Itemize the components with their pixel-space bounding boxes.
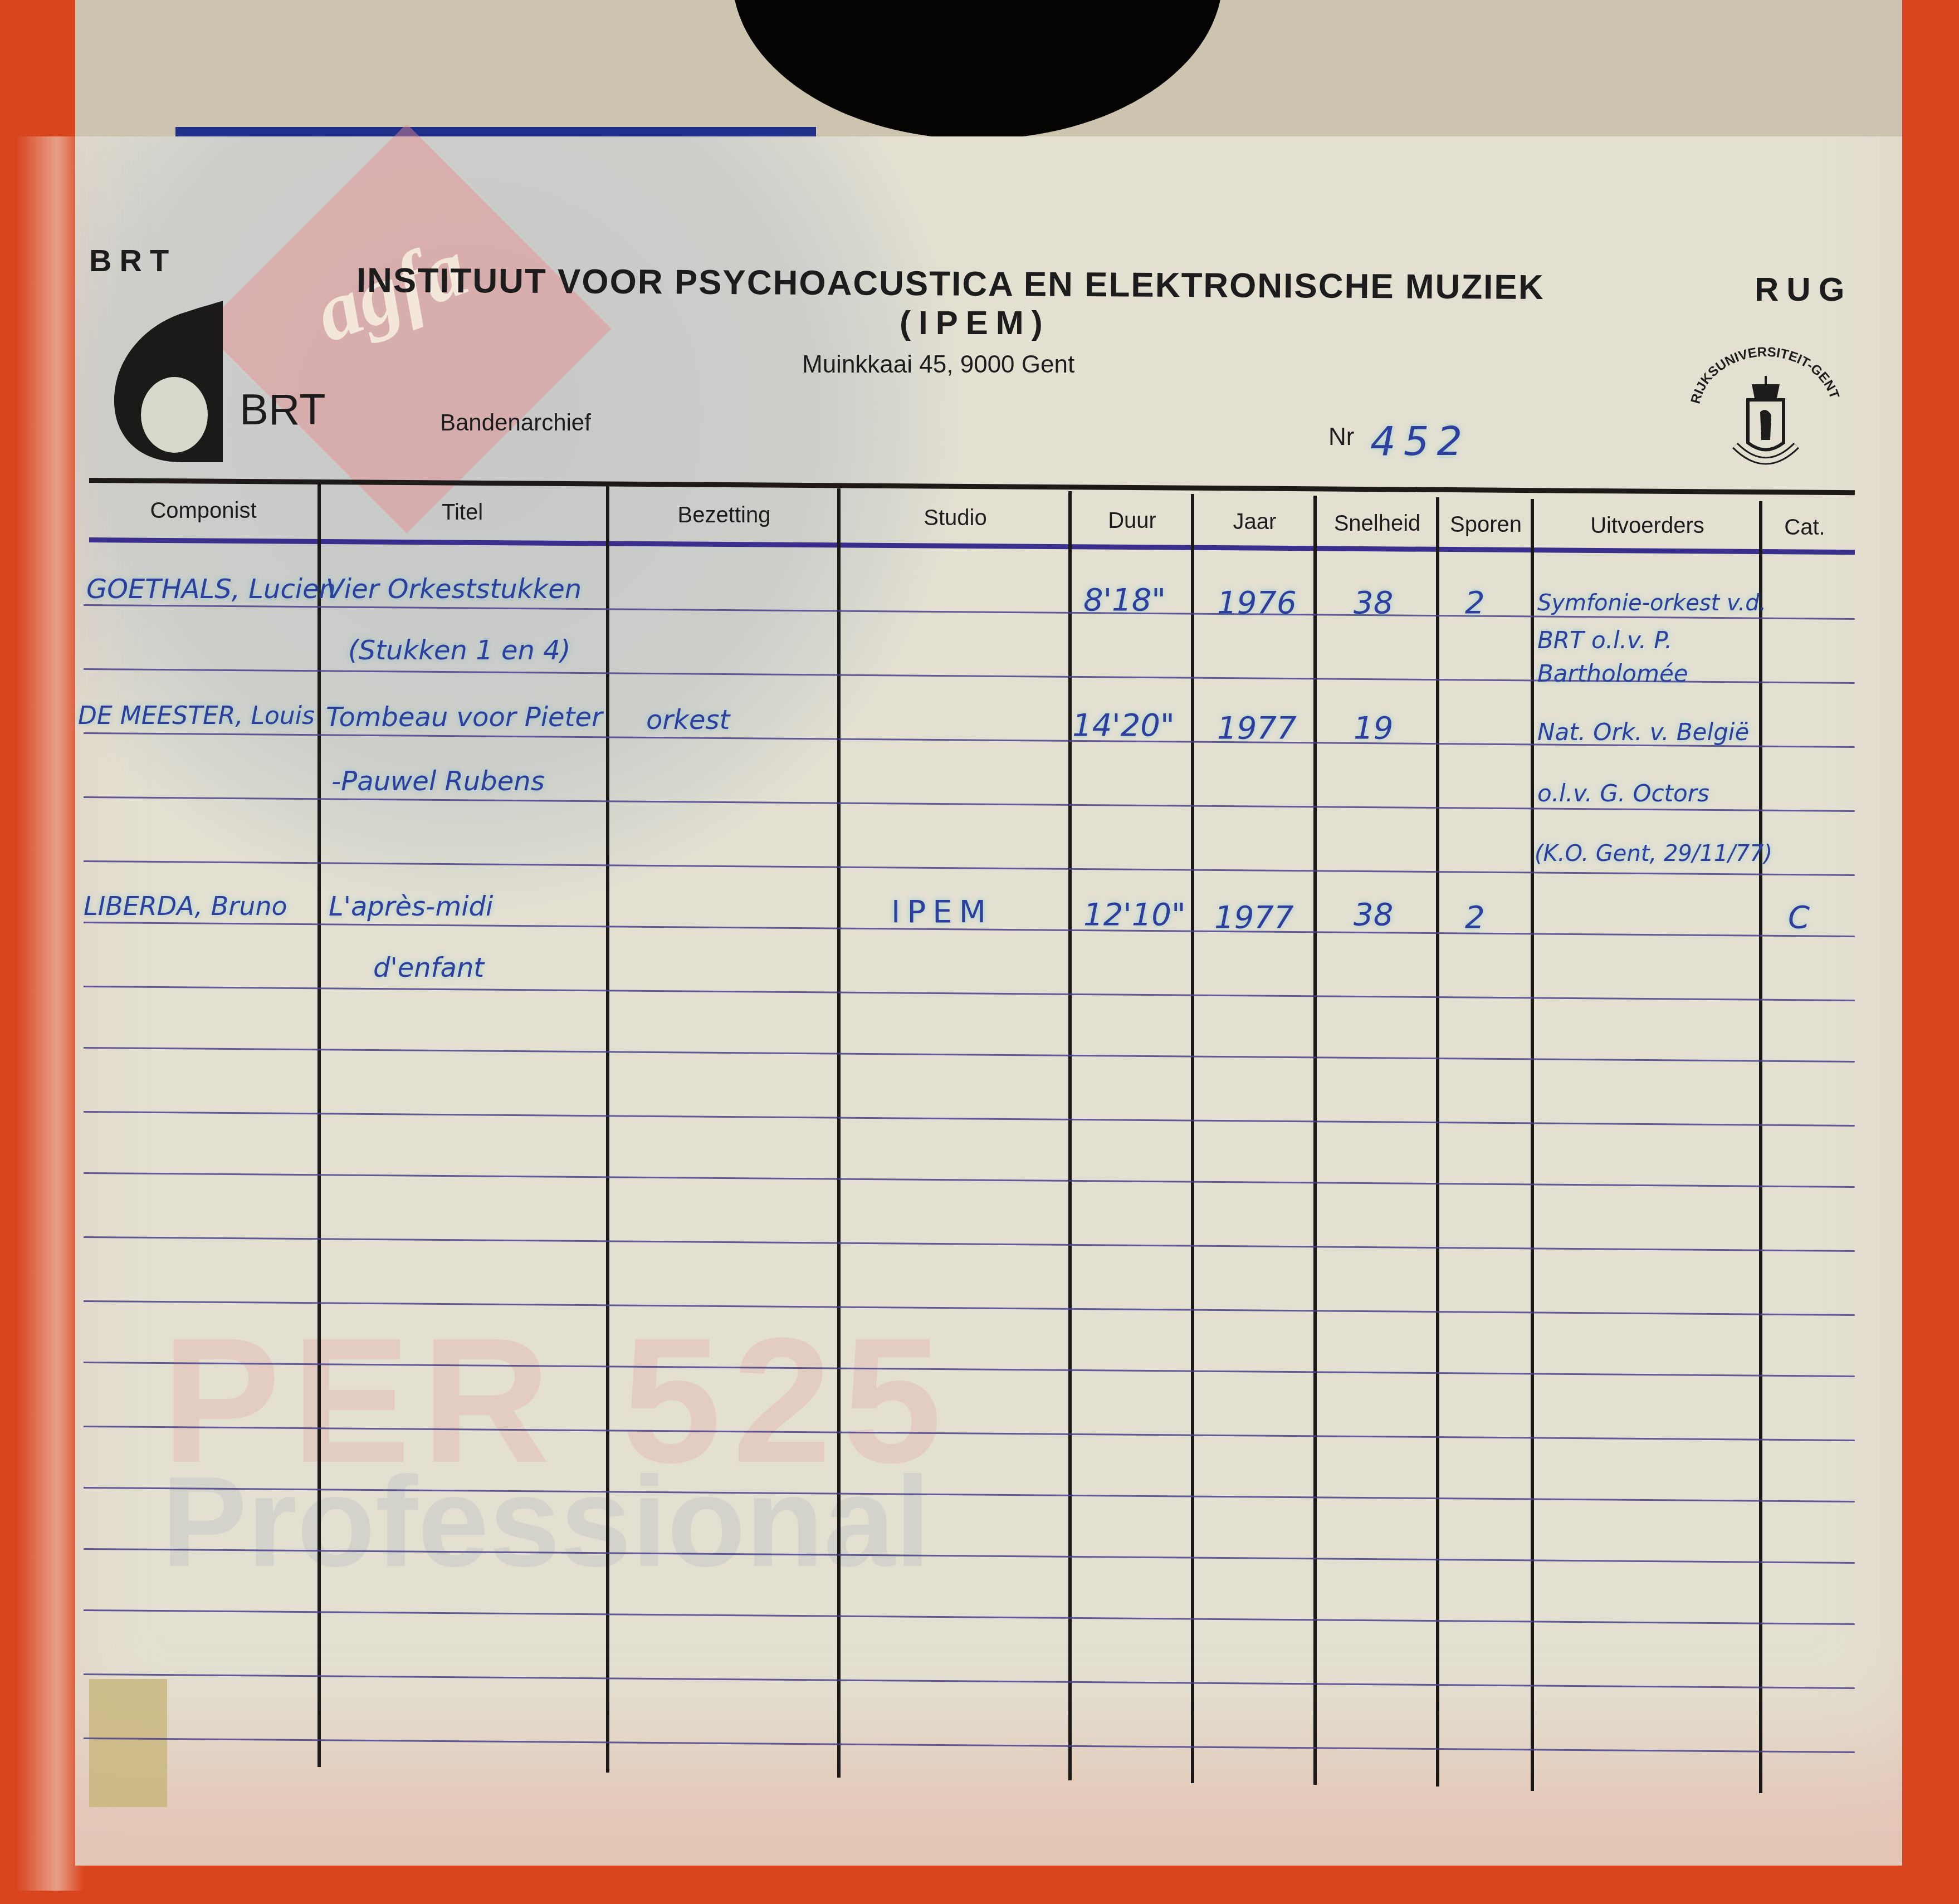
cell-duur: 8'18" xyxy=(1083,582,1166,618)
adhesive-tape-patch xyxy=(89,1679,167,1807)
cell-componist: DE MEESTER, Louis xyxy=(78,702,315,730)
cell-jaar: 1976 xyxy=(1217,585,1297,621)
institute-title: INSTITUUT VOOR PSYCHOACUSTICA EN ELEKTRO… xyxy=(356,261,1545,307)
cell-titel-line1: Vier Orkeststukken xyxy=(326,574,582,605)
column-divider xyxy=(1068,491,1072,1780)
column-divider xyxy=(606,486,609,1773)
column-header-snelheid: Snelheid xyxy=(1317,511,1437,536)
brt-header-label: BRT xyxy=(89,242,177,278)
column-header-titel: Titel xyxy=(320,500,604,525)
cell-titel-line2: d'enfant xyxy=(373,952,484,983)
cell-uitvoerders-line1: Symfonie-orkest v.d. xyxy=(1537,590,1766,616)
worn-left-edge xyxy=(17,136,84,1891)
column-header-uitvoerders: Uitvoerders xyxy=(1535,513,1760,539)
column-divider xyxy=(317,483,321,1767)
cell-snelheid: 38 xyxy=(1354,897,1393,933)
rug-header-label: RUG xyxy=(1755,270,1852,309)
number-value: 452 xyxy=(1370,418,1470,464)
cell-titel-line1: L'après-midi xyxy=(329,891,493,922)
brt-logo-icon xyxy=(114,301,226,462)
cell-jaar: 1977 xyxy=(1214,899,1294,936)
cell-uitvoerders-line3: Bartholomée xyxy=(1537,660,1688,687)
cell-titel-line2: -Pauwel Rubens xyxy=(331,766,545,797)
cell-snelheid: 19 xyxy=(1354,710,1393,746)
cell-uitvoerders-line2: BRT o.l.v. P. xyxy=(1537,626,1672,654)
cell-titel-line2: (Stukken 1 en 4) xyxy=(348,635,571,666)
institute-acronym: (IPEM) xyxy=(900,304,1051,342)
cell-duur: 14'20" xyxy=(1072,707,1175,743)
cell-titel-line1: Tombeau voor Pieter xyxy=(326,702,603,733)
cell-jaar: 1977 xyxy=(1217,710,1297,746)
cell-uitvoerders-line1: Nat. Ork. v. België xyxy=(1537,718,1749,746)
cell-studio: IPEM xyxy=(891,894,993,930)
institute-address: Muinkkaai 45, 9000 Gent xyxy=(802,351,1074,379)
archive-label: Bandenarchief xyxy=(440,409,591,436)
column-header-studio: Studio xyxy=(841,506,1069,531)
column-header-bezetting: Bezetting xyxy=(610,503,838,528)
cell-bezetting: orkest xyxy=(646,704,730,736)
column-divider xyxy=(1531,499,1534,1791)
column-divider xyxy=(1759,501,1762,1793)
cell-snelheid: 38 xyxy=(1354,585,1393,621)
cell-componist: GOETHALS, Lucien xyxy=(86,574,336,605)
column-header-jaar: Jaar xyxy=(1195,510,1315,535)
cell-sporen: 2 xyxy=(1465,899,1485,936)
column-divider xyxy=(1191,494,1194,1783)
column-header-sporen: Sporen xyxy=(1440,512,1532,537)
cell-uitvoerders-line3: (K.O. Gent, 29/11/77) xyxy=(1535,841,1772,867)
cell-uitvoerders-line2: o.l.v. G. Octors xyxy=(1537,780,1709,807)
column-header-componist: Componist xyxy=(89,498,317,523)
cell-duur: 12'10" xyxy=(1083,897,1186,933)
column-divider xyxy=(1313,496,1317,1785)
university-seal-icon: RIJKSUNIVERSITEIT-GENT xyxy=(1682,345,1849,479)
column-header-cat: Cat. xyxy=(1763,515,1846,540)
cell-sporen: 2 xyxy=(1465,585,1485,621)
brt-logo-text: BRT xyxy=(240,384,326,435)
cell-cat: C xyxy=(1788,899,1810,936)
column-header-duur: Duur xyxy=(1072,508,1192,533)
cell-componist: LIBERDA, Bruno xyxy=(84,891,287,921)
background-watermark-professional: Professional xyxy=(162,1448,930,1595)
column-divider xyxy=(1436,497,1439,1786)
column-divider xyxy=(837,488,841,1778)
number-label: Nr xyxy=(1328,423,1354,451)
